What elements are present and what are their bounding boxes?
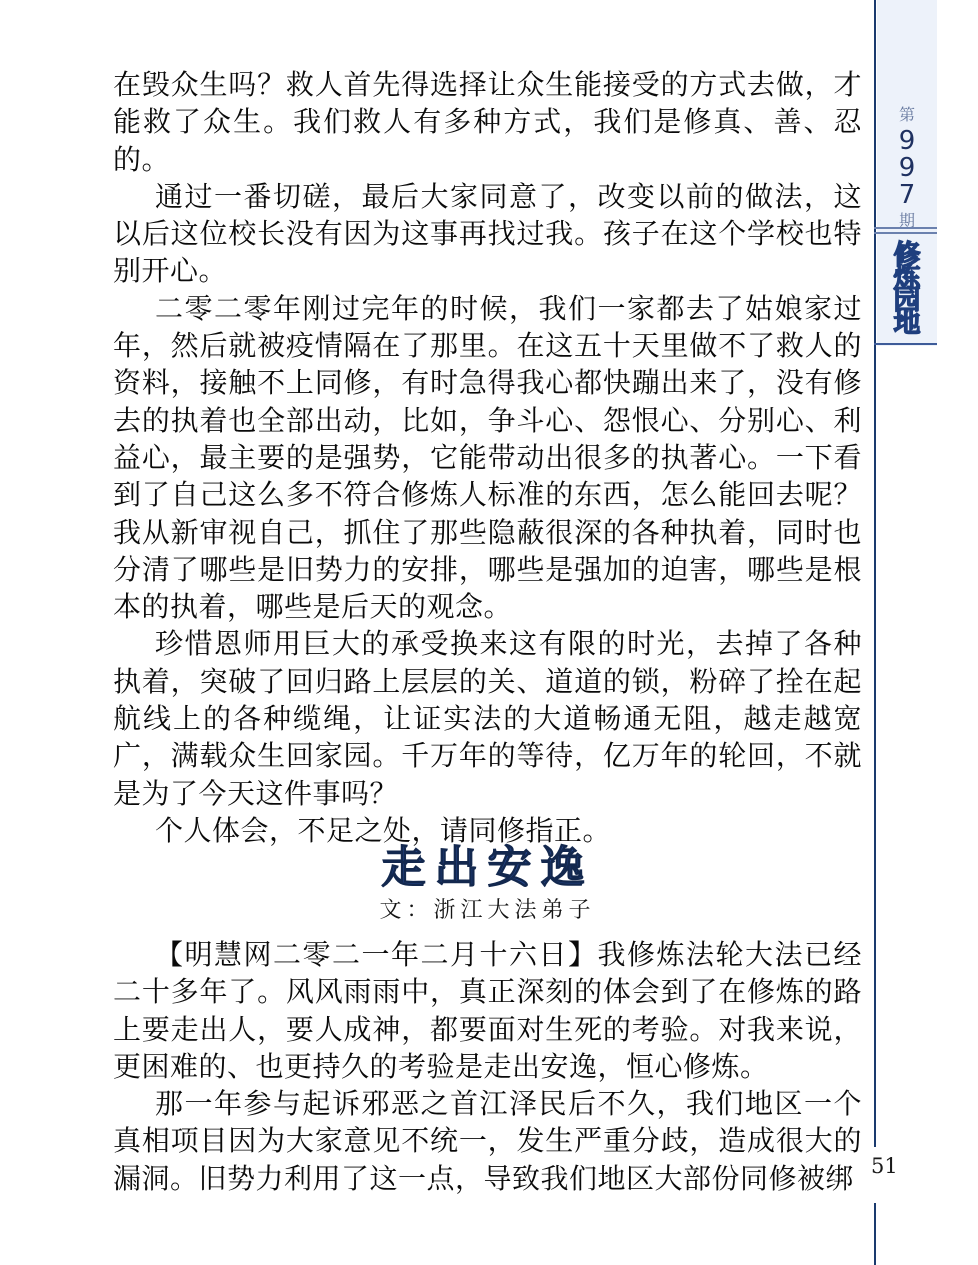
paragraph: 通过一番切磋，最后大家同意了，改变以前的做法，这以后这位校长没有因为这事再找过我… [113,178,862,290]
sidebar-divider-rule [874,232,937,234]
sidebar-divider-rule [874,227,937,229]
paragraph: 二零二零年刚过完年的时候，我们一家都去了姑娘家过年，然后就被疫情隔在了那里。在这… [113,290,862,626]
sidebar-bottom-rule [874,343,937,345]
sidebar-issue-panel: 第 9 9 7 期 修 炼 园 地 [877,0,937,346]
section-title-char: 地 [877,313,937,336]
previous-article-body: 在毁众生吗？救人首先得选择让众生能接受的方式去做，才能救了众生。我们救人有多种方… [113,66,862,849]
issue-digit: 9 [877,155,937,182]
paragraph: 那一年参与起诉邪恶之首江泽民后不久，我们地区一个真相项目因为大家意见不统一，发生… [113,1085,862,1197]
article-body: 【明慧网二零二一年二月十六日】我修炼法轮大法已经二十多年了。风风雨雨中，真正深刻… [113,936,862,1197]
sidebar-vertical-rule-top [874,0,876,1147]
issue-digit: 9 [877,128,937,155]
issue-label-prefix: 第 [877,106,937,124]
paragraph: 【明慧网二零二一年二月十六日】我修炼法轮大法已经二十多年了。风风雨雨中，真正深刻… [113,936,862,1085]
paragraph: 珍惜恩师用巨大的承受换来这有限的时光，去掉了各种执着，突破了回归路上层层的关、道… [113,625,862,811]
magazine-page: 在毁众生吗？救人首先得选择让众生能接受的方式去做，才能救了众生。我们救人有多种方… [0,0,978,1265]
issue-number: 9 9 7 [877,128,937,209]
section-title-vertical: 修 炼 园 地 [877,245,937,335]
article-byline: 文：浙江大法弟子 [113,898,862,924]
paragraph: 在毁众生吗？救人首先得选择让众生能接受的方式去做，才能救了众生。我们救人有多种方… [113,66,862,178]
sidebar-vertical-rule-bottom [874,1203,876,1265]
article-title: 走出安逸 [113,843,862,893]
issue-digit: 7 [877,182,937,209]
page-number: 51 [871,1153,898,1179]
article-header: 走出安逸 文：浙江大法弟子 [113,843,862,924]
